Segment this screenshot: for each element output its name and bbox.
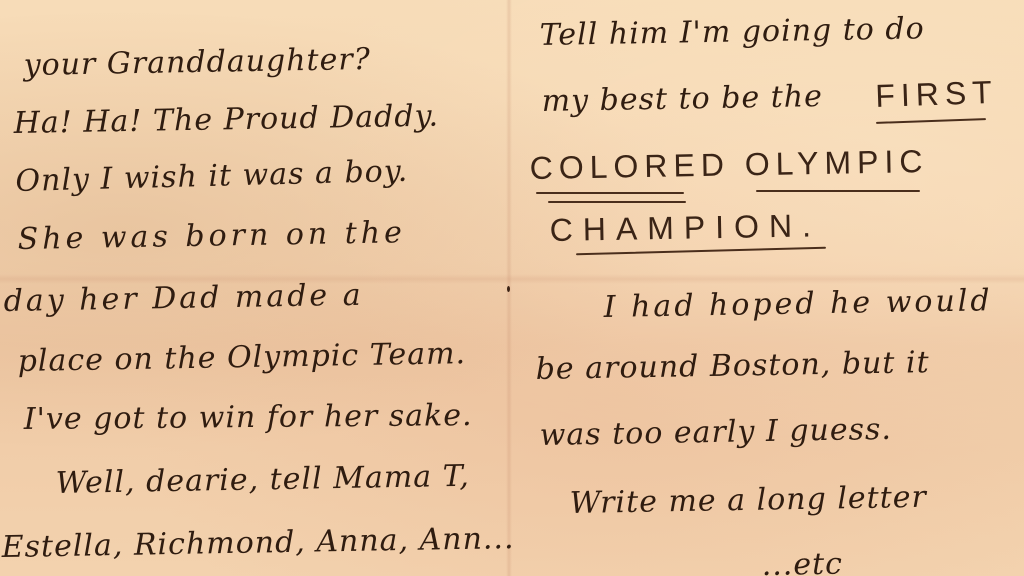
right-page: Tell him I'm going to do my best to be t… [512,0,1024,576]
underline [876,118,986,124]
letter-line: Write me a long letter [569,480,927,521]
ink-blot [507,286,510,292]
letter-line: ...etc [761,547,843,576]
letter-line: place on the Olympic Team. [17,336,466,379]
letter-line: She was born on the [17,215,406,257]
letter-line: Well, dearie, tell Mama T, [55,459,470,501]
left-page: your Granddaughter? Ha! Ha! The Proud Da… [0,0,506,576]
underline [548,201,686,203]
letter-line: Tell him I'm going to do [539,11,925,53]
letter-line: day her Dad made a [3,278,363,319]
letter-line: be around Boston, but it [535,345,930,387]
letter-line: your Granddaughter? [23,42,371,83]
letter-line: Ha! Ha! The Proud Daddy. [13,99,439,141]
letter-line: I've got to win for her sake. [24,398,473,437]
emphasized-word-first: FIRST [875,74,999,115]
emphasized-colored-olympic: COLORED OLYMPIC [529,143,928,187]
emphasized-champion: CHAMPION. [549,207,821,249]
letter-photo: your Granddaughter? Ha! Ha! The Proud Da… [0,0,1024,576]
letter-line: Estella, Richmond, Anna, Ann... [1,521,514,565]
letter-line: my best to be the [541,79,823,119]
letter-line: Only I wish it was a boy. [15,154,409,199]
letter-line: I had hoped he would [603,283,992,325]
underline [756,190,920,192]
underline [576,247,826,256]
underline [536,192,684,194]
letter-line: was too early I guess. [539,412,892,453]
